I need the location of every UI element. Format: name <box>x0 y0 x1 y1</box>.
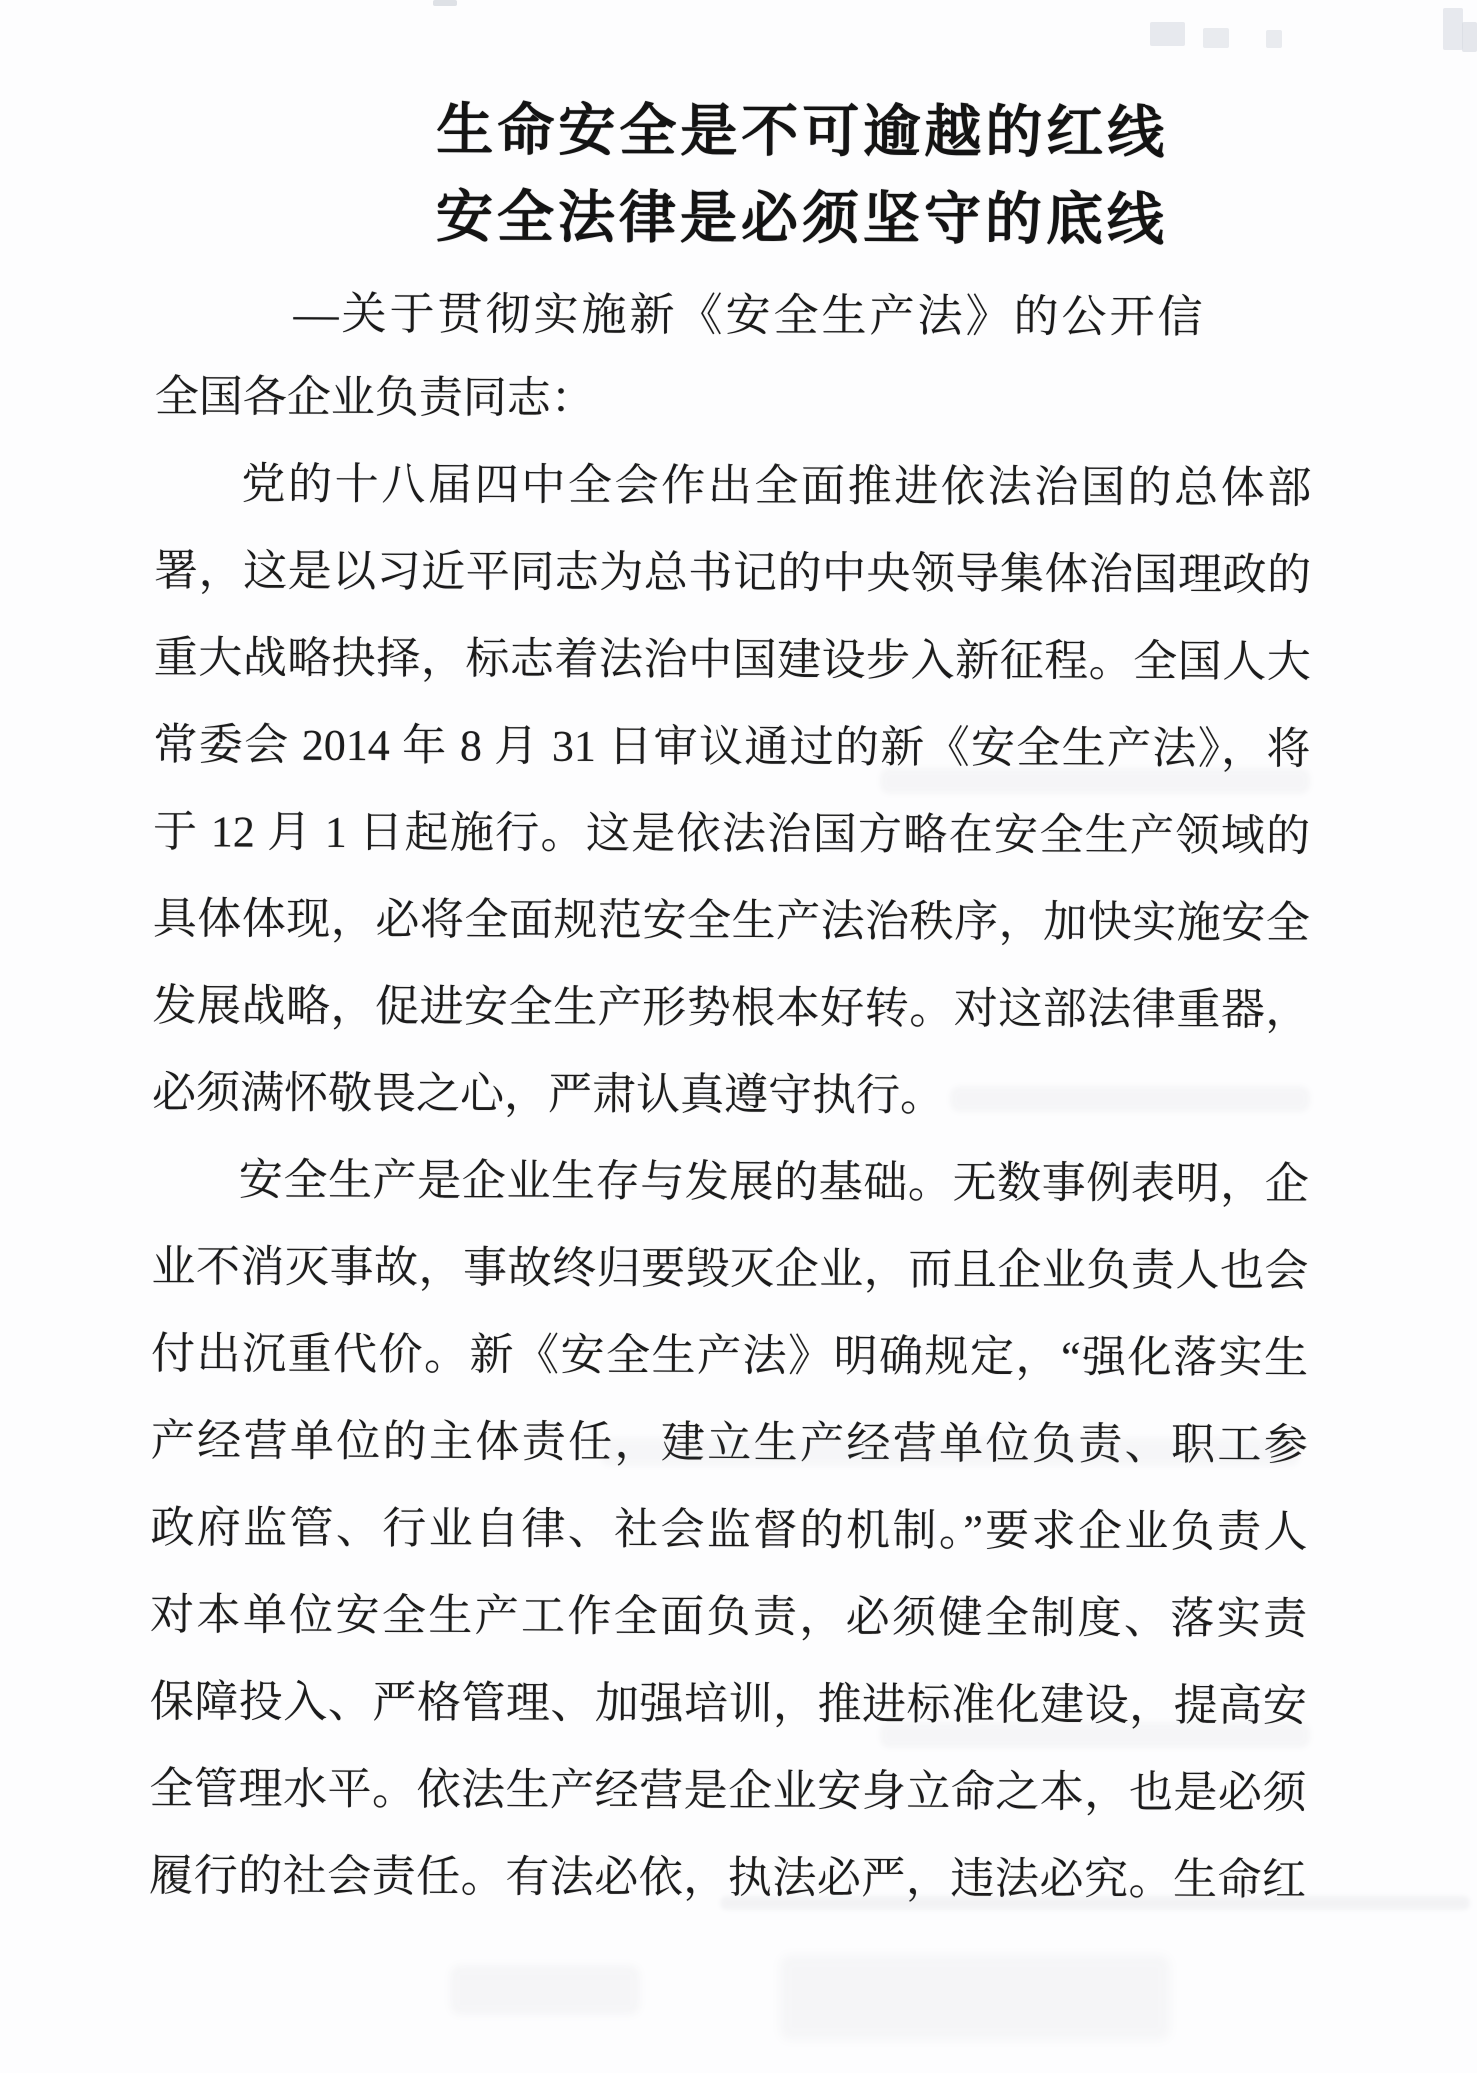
paragraph1-line: 发展战略，促进安全生产形势根本好转。对这部法律重器， <box>152 962 1309 1053</box>
bleed-through-smudge <box>880 1722 1310 1748</box>
paragraph1-line: 具体体现，必将全面规范安全生产法治秩序，加快实施安全 <box>153 875 1310 966</box>
bleed-through-smudge <box>780 1955 1170 2040</box>
scan-artifact <box>1266 30 1282 48</box>
paragraph2-line: 业不消灭事故，事故终归要毁灭企业，而且企业负责人也会 <box>151 1223 1308 1314</box>
document-title-line-2: 安全法律是必须坚守的底线 <box>63 186 1477 254</box>
paragraph1-line: 署，这是以习近平同志为总书记的中央领导集体治国理政的 <box>154 527 1311 618</box>
scan-artifact <box>1443 8 1463 50</box>
scan-artifact <box>433 0 457 6</box>
paragraph1-line: 于 12 月 1 日起施行。这是依法治国方略在安全生产领域的 <box>153 788 1310 879</box>
document-title-line-1: 生命安全是不可逾越的红线 <box>64 99 1477 167</box>
paragraph2-line: 付出沉重代价。新《安全生产法》明确规定，“强化落实生 <box>151 1310 1308 1401</box>
bleed-through-smudge <box>450 1965 640 2015</box>
bleed-through-smudge <box>950 1086 1310 1112</box>
document-subtitle: —关于贯彻实施新《安全生产法》的公开信 <box>11 288 1477 344</box>
salutation-line: 全国各企业负责同志： <box>155 353 1312 444</box>
scanned-letter-page: 生命安全是不可逾越的红线 安全法律是必须坚守的底线 —关于贯彻实施新《安全生产法… <box>0 0 1477 2073</box>
scan-artifact <box>1203 28 1229 48</box>
letter-body: 全国各企业负责同志： 党的十八届四中全会作出全面推进依法治国的总体部 署，这是以… <box>149 353 1312 1923</box>
paragraph1-line: 党的十八届四中全会作出全面推进依法治国的总体部 <box>154 440 1311 531</box>
bleed-through-smudge <box>600 1438 1300 1466</box>
paragraph2-line: 政府监管、行业自律、社会监督的机制。”要求企业负责人 <box>150 1484 1307 1575</box>
bleed-through-smudge <box>880 768 1310 794</box>
paragraph2-line: 安全生产是企业生存与发展的基础。无数事例表明，企 <box>152 1136 1309 1227</box>
paragraph2-line: 对本单位安全生产工作全面负责，必须健全制度、落实责任、 <box>150 1571 1307 1662</box>
paragraph2-line: 全管理水平。依法生产经营是企业安身立命之本，也是必须 <box>149 1745 1306 1836</box>
bleed-through-smudge <box>720 1896 1470 1910</box>
scan-artifact <box>1462 22 1477 52</box>
document-content: 生命安全是不可逾越的红线 安全法律是必须坚守的底线 —关于贯彻实施新《安全生产法… <box>0 0 1477 2073</box>
paragraph1-line: 重大战略抉择，标志着法治中国建设步入新征程。全国人大 <box>154 614 1311 705</box>
scan-artifact <box>1150 22 1185 46</box>
